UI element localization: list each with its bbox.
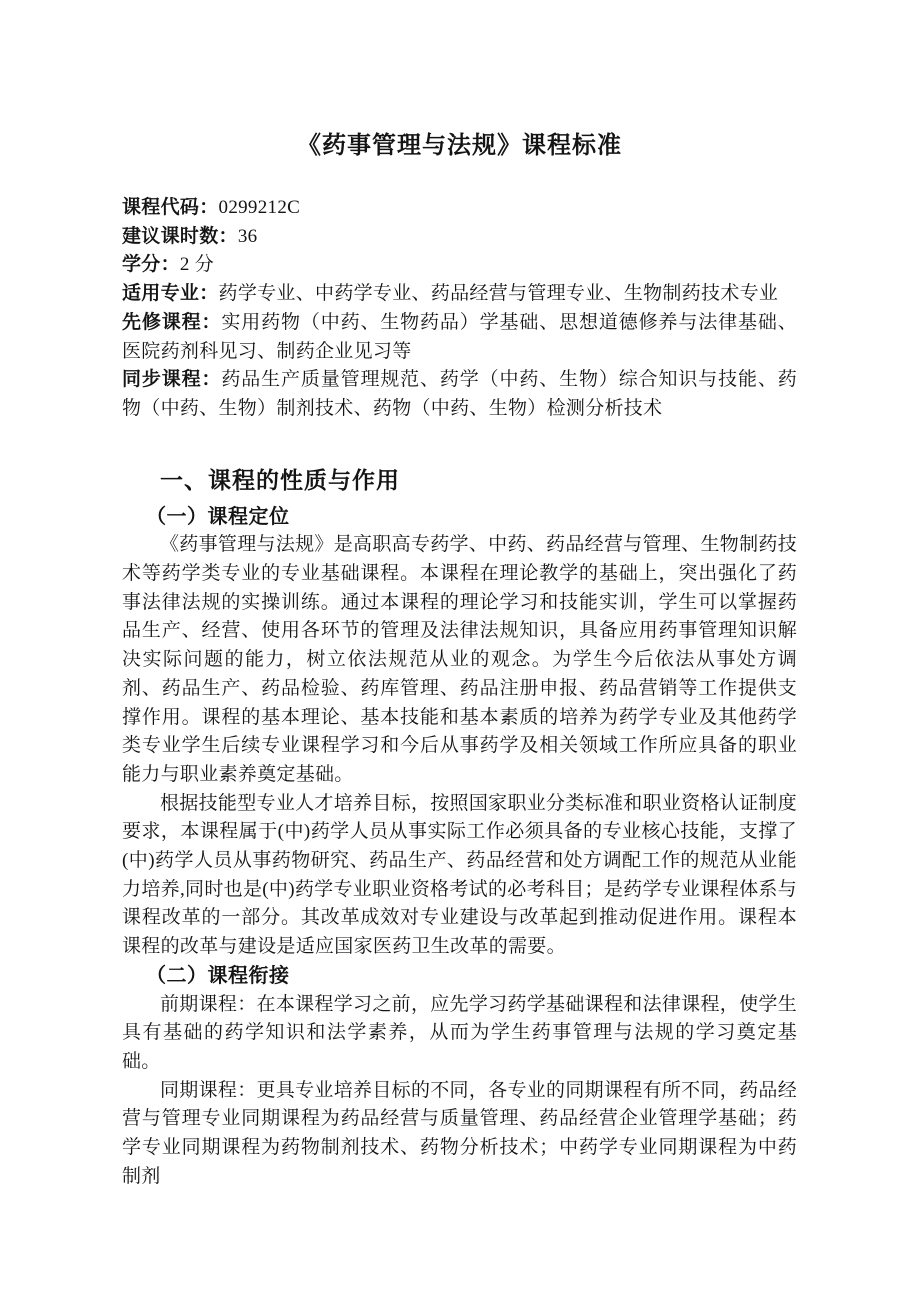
document-page: 《药事管理与法规》课程标准 课程代码：0299212C 建议课时数：36 学分：… <box>0 0 920 1302</box>
meta-label-course-code: 课程代码： <box>122 197 219 218</box>
meta-value-applicable-majors: 药学专业、中药学专业、药品经营与管理专业、生物制药技术专业 <box>219 283 779 304</box>
meta-value-prerequisite-courses: 实用药物（中药、生物药品）学基础、思想道德修养与法律基础、医院药剂科见习、制药企… <box>122 312 797 362</box>
subsection-heading-course-connection: （二）课程衔接 <box>122 962 797 991</box>
meta-row-course-code: 课程代码：0299212C <box>122 194 797 223</box>
meta-value-course-code: 0299212C <box>219 197 301 218</box>
meta-row-prerequisite-courses: 先修课程：实用药物（中药、生物药品）学基础、思想道德修养与法律基础、医院药剂科见… <box>122 309 797 366</box>
paragraph-course-positioning-2: 根据技能型专业人才培养目标，按照国家职业分类标准和职业资格认证制度要求，本课程属… <box>122 790 797 962</box>
meta-value-suggested-hours: 36 <box>238 226 258 247</box>
document-title: 《药事管理与法规》课程标准 <box>122 131 797 161</box>
meta-row-concurrent-courses: 同步课程：药品生产质量管理规范、药学（中药、生物）综合知识与技能、药物（中药、生… <box>122 366 797 423</box>
paragraph-course-positioning-1: 《药事管理与法规》是高职高专药学、中药、药品经营与管理、生物制药技术等药学类专业… <box>122 531 797 789</box>
meta-value-credits: 2 分 <box>180 254 214 275</box>
meta-row-credits: 学分：2 分 <box>122 251 797 280</box>
meta-label-credits: 学分： <box>122 254 180 275</box>
meta-value-concurrent-courses: 药品生产质量管理规范、药学（中药、生物）综合知识与技能、药物（中药、生物）制剂技… <box>122 369 797 419</box>
meta-label-suggested-hours: 建议课时数： <box>122 226 238 247</box>
meta-label-applicable-majors: 适用专业： <box>122 283 219 304</box>
meta-label-concurrent-courses: 同步课程： <box>122 369 221 390</box>
course-meta-block: 课程代码：0299212C 建议课时数：36 学分：2 分 适用专业：药学专业、… <box>122 194 797 424</box>
meta-row-applicable-majors: 适用专业：药学专业、中药学专业、药品经营与管理专业、生物制药技术专业 <box>122 280 797 309</box>
paragraph-course-connection-2: 同期课程：更具专业培养目标的不同，各专业的同期课程有所不同，药品经营与管理专业同… <box>122 1077 797 1192</box>
meta-row-suggested-hours: 建议课时数：36 <box>122 223 797 252</box>
meta-label-prerequisite-courses: 先修课程： <box>122 312 221 333</box>
paragraph-course-connection-1: 前期课程：在本课程学习之前，应先学习药学基础课程和法律课程，使学生具有基础的药学… <box>122 991 797 1077</box>
section-heading-course-nature: 一、课程的性质与作用 <box>122 465 797 495</box>
subsection-heading-course-positioning: （一）课程定位 <box>122 503 797 532</box>
